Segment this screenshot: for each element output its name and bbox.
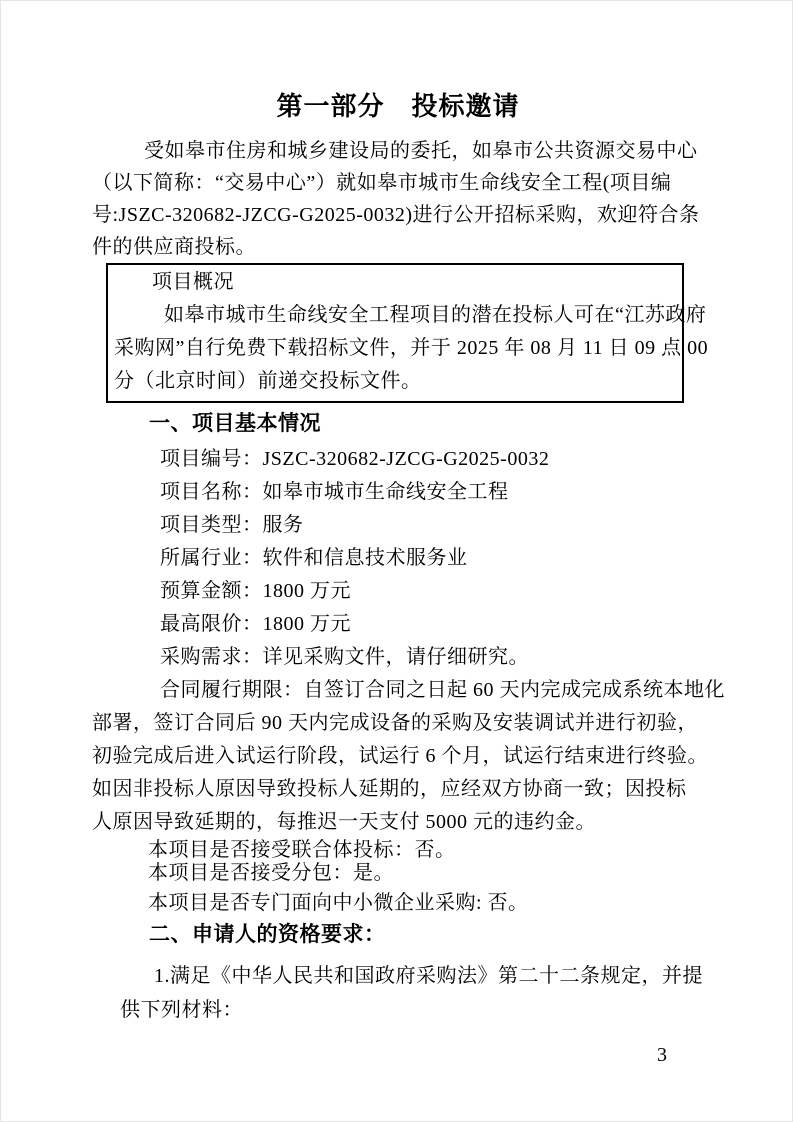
overview-heading: 项目概况 <box>114 266 676 299</box>
page-title: 第一部分 投标邀请 <box>92 1 704 127</box>
overview-line-1: 如皋市城市生命线安全工程项目的潜在投标人可在“江苏政府 <box>114 299 676 332</box>
field-value: 详见采购文件，请仔细研究。 <box>263 646 530 668</box>
field-value: 1800 万元 <box>263 580 352 602</box>
field-project-number: 项目编号：JSZC-320682-JZCG-G2025-0032 <box>92 443 704 476</box>
note-subcontract: 本项目是否接受分包：是。 <box>92 862 704 885</box>
qualification-line-2: 供下列材料： <box>120 993 704 1027</box>
field-label: 所属行业： <box>160 547 263 569</box>
field-label: 采购需求： <box>160 646 263 668</box>
field-industry: 所属行业：软件和信息技术服务业 <box>92 542 704 575</box>
qualification-paragraph: 1.满足《中华人民共和国政府采购法》第二十二条规定，并提 供下列材料： <box>120 959 704 1027</box>
field-label: 最高限价： <box>160 613 263 635</box>
intro-line-4: 件的供应商投标。 <box>92 231 704 263</box>
overview-line-2: 采购网”自行免费下载招标文件，并于 2025 年 08 月 11 日 09 点 … <box>114 332 676 365</box>
field-label: 预算金额： <box>160 580 263 602</box>
contract-line-3: 初验完成后进入试运行阶段，试运行 6 个月，试运行结束进行终验。 <box>92 740 704 773</box>
page-number: 3 <box>657 1043 667 1067</box>
field-value: JSZC-320682-JZCG-G2025-0032 <box>263 448 550 470</box>
field-value: 如皋市城市生命线安全工程 <box>263 481 509 503</box>
document-page: 第一部分 投标邀请 受如皋市住房和城乡建设局的委托，如皋市公共资源交易中心 （以… <box>0 0 793 1122</box>
intro-line-3: 号:JSZC-320682-JZCG-G2025-0032)进行公开招标采购，欢… <box>92 199 704 231</box>
intro-line-2: （以下简称：“交易中心”）就如皋市城市生命线安全工程(项目编 <box>92 167 704 199</box>
project-fields: 项目编号：JSZC-320682-JZCG-G2025-0032 项目名称：如皋… <box>92 443 704 674</box>
field-project-name: 项目名称：如皋市城市生命线安全工程 <box>92 476 704 509</box>
contract-line-4: 如因非投标人原因导致投标人延期的，应经双方协商一致；因投标 <box>92 773 704 806</box>
field-value: 服务 <box>263 514 304 536</box>
section1-heading: 一、项目基本情况 <box>92 409 704 439</box>
intro-paragraph: 受如皋市住房和城乡建设局的委托，如皋市公共资源交易中心 （以下简称：“交易中心”… <box>92 135 704 263</box>
intro-line-1: 受如皋市住房和城乡建设局的委托，如皋市公共资源交易中心 <box>92 135 704 167</box>
section2-heading: 二、申请人的资格要求： <box>92 919 704 951</box>
contract-line-5: 人原因导致延期的，每推迟一天支付 5000 元的违约金。 <box>92 806 704 839</box>
field-label: 项目编号： <box>160 448 263 470</box>
note-smme-procurement: 本项目是否专门面向中小微企业采购: 否。 <box>92 887 704 919</box>
field-price-cap: 最高限价：1800 万元 <box>92 608 704 641</box>
overview-line-3: 分（北京时间）前递交投标文件。 <box>114 365 676 398</box>
field-label: 项目类型： <box>160 514 263 536</box>
field-procurement-requirement: 采购需求：详见采购文件，请仔细研究。 <box>92 641 704 674</box>
project-notes: 本项目是否接受联合体投标：否。 本项目是否接受分包：是。 本项目是否专门面向中小… <box>92 839 704 919</box>
field-value: 1800 万元 <box>263 613 352 635</box>
field-label: 项目名称： <box>160 481 263 503</box>
contract-term-paragraph: 合同履行期限：自签订合同之日起 60 天内完成完成系统本地化 部署，签订合同后 … <box>92 674 704 839</box>
note-joint-bid: 本项目是否接受联合体投标：否。 <box>92 839 704 862</box>
contract-line-1: 合同履行期限：自签订合同之日起 60 天内完成完成系统本地化 <box>92 674 704 707</box>
document-content: 第一部分 投标邀请 受如皋市住房和城乡建设局的委托，如皋市公共资源交易中心 （以… <box>92 1 704 1027</box>
field-project-type: 项目类型：服务 <box>92 509 704 542</box>
project-overview-box: 项目概况 如皋市城市生命线安全工程项目的潜在投标人可在“江苏政府 采购网”自行免… <box>106 263 684 403</box>
field-budget: 预算金额：1800 万元 <box>92 575 704 608</box>
qualification-line-1: 1.满足《中华人民共和国政府采购法》第二十二条规定，并提 <box>120 959 704 993</box>
contract-line-2: 部署，签订合同后 90 天内完成设备的采购及安装调试并进行初验， <box>92 707 704 740</box>
field-value: 软件和信息技术服务业 <box>263 547 468 569</box>
